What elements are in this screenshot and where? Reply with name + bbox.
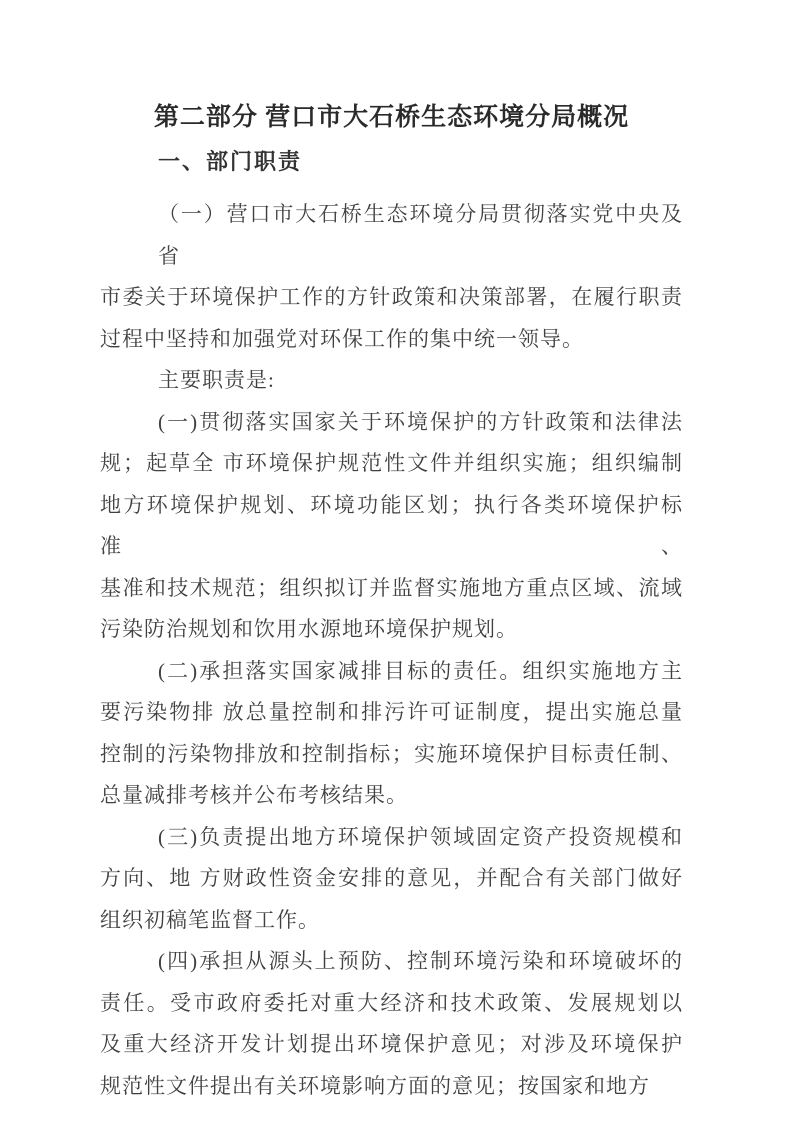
page-title: 第二部分 营口市大石桥生态环境分局概况 bbox=[100, 96, 683, 140]
text-line: 基准和技术规范；组织拟订并监督实施地方重点区域、流域 bbox=[100, 568, 683, 610]
text-line: 方向、地 方财政性资金安排的意见，并配合有关部门做好 bbox=[100, 858, 683, 900]
text-line: 主要职责是: bbox=[100, 360, 683, 402]
text-line: （一）营口市大石桥生态环境分局贯彻落实党中央及省 bbox=[100, 194, 683, 277]
paragraph: (四)承担从源头上预防、控制环境污染和环境破坏的责任。受市政府委托对重大经济和技… bbox=[100, 941, 683, 1107]
paragraph: (三)负责提出地方环境保护领域固定资产投资规模和方向、地 方财政性资金安排的意见… bbox=[100, 817, 683, 942]
text-line: (四)承担从源头上预防、控制环境污染和环境破坏的 bbox=[100, 941, 683, 983]
paragraph: 主要职责是: bbox=[100, 360, 683, 402]
paragraph: （一）营口市大石桥生态环境分局贯彻落实党中央及省市委关于环境保护工作的方针政策和… bbox=[100, 194, 683, 360]
text-line: 责任。受市政府委托对重大经济和技术政策、发展规划以 bbox=[100, 983, 683, 1025]
text-line: 要污染物排 放总量控制和排污许可证制度，提出实施总量 bbox=[100, 692, 683, 734]
document-page: 第二部分 营口市大石桥生态环境分局概况 一、部门职责 （一）营口市大石桥生态环境… bbox=[0, 0, 793, 1121]
text-line: 规范性文件提出有关环境影响方面的意见；按国家和地方 bbox=[100, 1066, 683, 1108]
text-line: 总量减排考核并公布考核结果。 bbox=[100, 775, 683, 817]
section-heading: 一、部门职责 bbox=[100, 140, 683, 184]
page-number: 7 bbox=[0, 1035, 793, 1052]
text-line: 污染防治规划和饮用水源地环境保护规划。 bbox=[100, 609, 683, 651]
text-line: 组织初稿笔监督工作。 bbox=[100, 900, 683, 942]
text-line: 规；起草全 市环境保护规范性文件并组织实施；组织编制 bbox=[100, 443, 683, 485]
text-line: (二)承担落实国家减排目标的责任。组织实施地方主 bbox=[100, 651, 683, 693]
body-paragraphs: （一）营口市大石桥生态环境分局贯彻落实党中央及省市委关于环境保护工作的方针政策和… bbox=[100, 194, 683, 1107]
paragraph: (一)贯彻落实国家关于环境保护的方针政策和法律法规；起草全 市环境保护规范性文件… bbox=[100, 402, 683, 651]
text-line: 过程中坚持和加强党对环保工作的集中统一领导。 bbox=[100, 319, 683, 361]
document-content: 第二部分 营口市大石桥生态环境分局概况 一、部门职责 （一）营口市大石桥生态环境… bbox=[100, 96, 683, 1107]
text-line: (一)贯彻落实国家关于环境保护的方针政策和法律法 bbox=[100, 402, 683, 444]
paragraph: (二)承担落实国家减排目标的责任。组织实施地方主要污染物排 放总量控制和排污许可… bbox=[100, 651, 683, 817]
text-line: (三)负责提出地方环境保护领域固定资产投资规模和 bbox=[100, 817, 683, 859]
text-line: 市委关于环境保护工作的方针政策和决策部署，在履行职责 bbox=[100, 277, 683, 319]
text-line: 地方环境保护规划、环境功能区划；执行各类环境保护标准、 bbox=[100, 485, 683, 568]
text-line: 控制的污染物排放和控制指标；实施环境保护目标责任制、 bbox=[100, 734, 683, 776]
